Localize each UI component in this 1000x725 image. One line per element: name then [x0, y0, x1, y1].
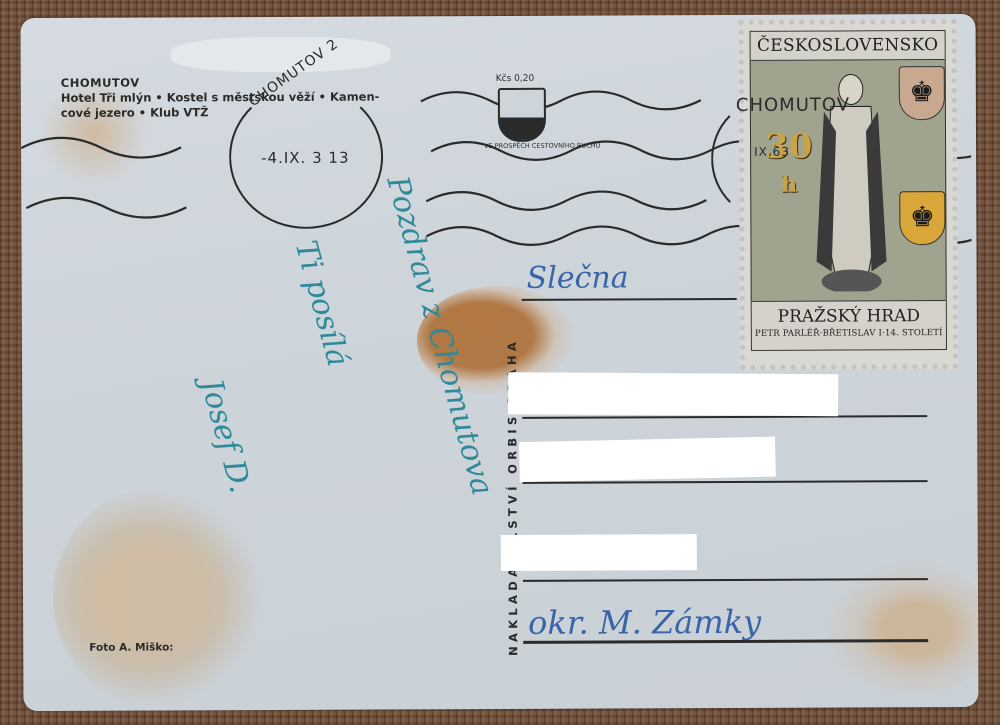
castle-shield-icon [498, 88, 546, 142]
message-signature: Josef D. [193, 375, 257, 497]
stamp-caption: PRAŽSKÝ HRAD PETR PARLÉŘ·BŘETISLAV I·14.… [752, 300, 946, 350]
postmark-right-city: CHOMUTOV [736, 94, 850, 115]
stain [53, 487, 264, 708]
stamp-unit: h [781, 172, 797, 198]
stamp-title: PRAŽSKÝ HRAD [752, 306, 946, 327]
stamp-country: ČESKOSLOVENSKO [751, 31, 945, 61]
photo-credit: Foto A. Miško: [89, 641, 173, 653]
eagle-shield-icon: ♚ [899, 66, 945, 120]
address-line-1 [522, 298, 737, 301]
slogan-value: Kčs 0,20 [496, 74, 534, 84]
eagle-shield-icon: ♚ [899, 191, 945, 245]
postcard-back: CHOMUTOV Hotel Tři mlýn • Kostel s městs… [20, 14, 978, 711]
slogan-text: VE PROSPĚCH CESTOVNÍHO RUCHU [484, 142, 600, 151]
postmark-right-date: IX.63 [754, 145, 790, 159]
redaction-box [501, 534, 697, 571]
address-salutation: Slečna [527, 260, 629, 295]
address-district: okr. M. Zámky [528, 603, 761, 642]
address-line-2 [522, 415, 927, 419]
stamp-design: ČESKOSLOVENSKO 30 h ♚ ♚ PRAŽSKÝ HRAD PET… [750, 30, 947, 351]
redaction-box [508, 372, 838, 416]
slogan-cancel: Kčs 0,20 VE PROSPĚCH CESTOVNÍHO RUCHU [486, 74, 556, 154]
stamp-subtitle: PETR PARLÉŘ·BŘETISLAV I·14. STOLETÍ [752, 328, 946, 339]
postage-stamp: ČESKOSLOVENSKO 30 h ♚ ♚ PRAŽSKÝ HRAD PET… [739, 19, 959, 370]
redaction-box [519, 437, 776, 483]
